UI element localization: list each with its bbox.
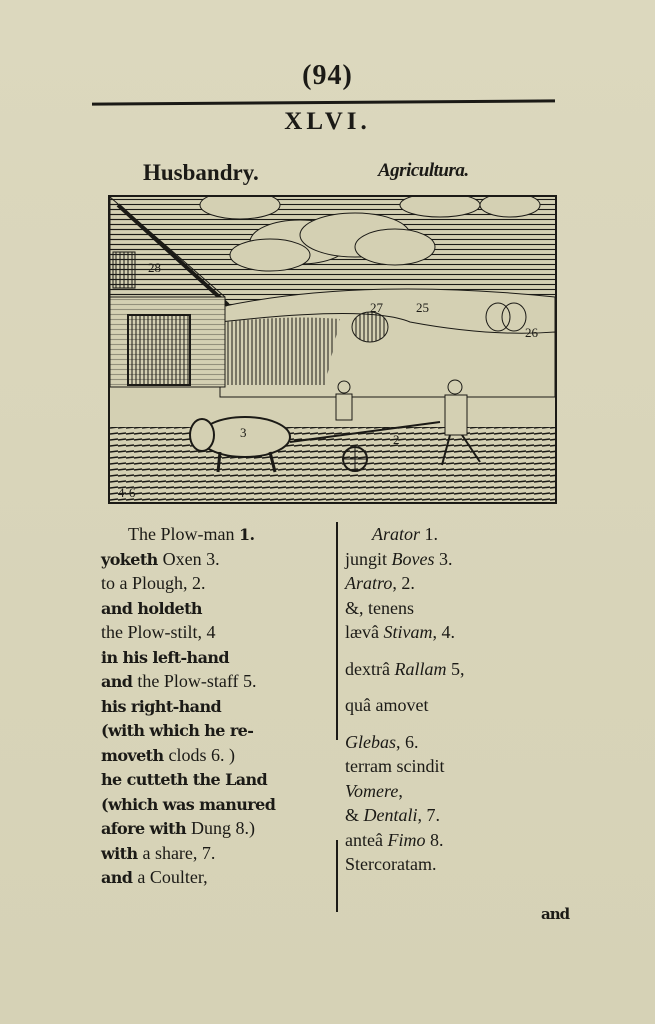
line-text: a share, 7. [142, 843, 215, 863]
line-text: terram scindit [345, 756, 444, 776]
latin-line: Stercoratam. [345, 852, 565, 877]
spacer [345, 718, 565, 730]
blackletter-text: (which was manured [101, 795, 275, 814]
svg-text:4-6: 4-6 [118, 485, 136, 500]
latin-line: dextrâ Rallam 5, [345, 657, 565, 682]
blackletter-text: and holdeth [101, 599, 202, 618]
line-text: jungit [345, 549, 392, 569]
english-line: The Plow-man 1. [101, 522, 336, 547]
blackletter-text: with [101, 844, 142, 863]
line-text: The Plow-man [128, 524, 239, 544]
line-tail: , 4. [433, 622, 456, 642]
english-line: (with which he re- [101, 718, 336, 743]
latin-line: & Dentali, 7. [345, 803, 565, 828]
english-line: and a Coulter, [101, 865, 336, 890]
line-text: & [345, 805, 364, 825]
farm-scene-icon: 28 27 25 26 3 2 4-6 [110, 197, 555, 502]
svg-text:28: 28 [148, 260, 161, 275]
page-number: (94) [0, 60, 655, 92]
line-text: anteâ [345, 830, 387, 850]
latin-term: Glebas [345, 732, 396, 752]
line-text: quâ amovet [345, 695, 428, 715]
blackletter-text: he cutteth the Land [101, 770, 267, 789]
line-tail: 5, [446, 659, 464, 679]
latin-term: Fimo [387, 830, 425, 850]
latin-line: Vomere, [345, 779, 565, 804]
catchword: and [541, 905, 569, 923]
line-text: lævâ [345, 622, 384, 642]
english-line: yoketh Oxen 3. [101, 547, 336, 572]
book-page: (94) XLVI. Husbandry. Agricultura. [0, 0, 655, 1024]
svg-text:27: 27 [370, 300, 384, 315]
chapter-number: XLVI. [0, 108, 655, 136]
latin-term: Boves [392, 549, 435, 569]
latin-term: Aratro [345, 573, 392, 593]
latin-line: lævâ Stivam, 4. [345, 620, 565, 645]
column-divider-bottom [336, 840, 338, 912]
blackletter-text: in his left-hand [101, 648, 229, 667]
line-tail: , [398, 781, 403, 801]
line-text: clods 6. ) [168, 745, 235, 765]
spacer [345, 645, 565, 657]
blackletter-text: (with which he re- [101, 721, 253, 740]
latin-column: Arator 1. jungit Boves 3. Aratro, 2. &, … [345, 522, 565, 877]
column-divider-top [336, 522, 338, 740]
latin-term: Rallam [394, 659, 446, 679]
latin-term: Dentali [364, 805, 418, 825]
line-text: Stercoratam. [345, 854, 436, 874]
english-line: (which was manured [101, 792, 336, 817]
latin-term: Arator [372, 524, 420, 544]
line-text: a Coulter, [137, 867, 207, 887]
latin-line: Aratro, 2. [345, 571, 565, 596]
woodcut-illustration: 28 27 25 26 3 2 4-6 [108, 195, 557, 504]
line-text: to a Plough, 2. [101, 573, 206, 593]
latin-line: jungit Boves 3. [345, 547, 565, 572]
line-tail: 3. [435, 549, 453, 569]
latin-term: Vomere [345, 781, 398, 801]
line-tail: , 6. [396, 732, 419, 752]
line-text: the Plow-stilt, 4 [101, 622, 216, 642]
latin-line: quâ amovet [345, 693, 565, 718]
blackletter-text: and [101, 868, 137, 887]
english-line: and holdeth [101, 596, 336, 621]
blackletter-text: moveth [101, 746, 168, 765]
line-text: dextrâ [345, 659, 394, 679]
english-column: The Plow-man 1. yoketh Oxen 3. to a Plou… [101, 522, 336, 890]
latin-line: terram scindit [345, 754, 565, 779]
line-text: 1. [420, 524, 438, 544]
english-line: his right-hand [101, 694, 336, 719]
spacer [345, 681, 565, 693]
latin-term: Stivam [384, 622, 433, 642]
title-english: Husbandry. [143, 160, 259, 186]
reference-number: 1. [239, 525, 255, 544]
line-text: &, tenens [345, 598, 414, 618]
line-tail: , 2. [392, 573, 415, 593]
blackletter-text: and [101, 672, 137, 691]
svg-text:3: 3 [240, 425, 247, 440]
english-line: with a share, 7. [101, 841, 336, 866]
english-line: the Plow-stilt, 4 [101, 620, 336, 645]
svg-text:25: 25 [416, 300, 429, 315]
line-text: Dung 8.) [191, 818, 255, 838]
line-text: the Plow-staff 5. [137, 671, 256, 691]
latin-line: anteâ Fimo 8. [345, 828, 565, 853]
line-tail: 8. [425, 830, 443, 850]
blackletter-text: yoketh [101, 550, 163, 569]
line-text: Oxen 3. [163, 549, 220, 569]
latin-line: Glebas, 6. [345, 730, 565, 755]
line-tail: , 7. [418, 805, 441, 825]
svg-text:26: 26 [525, 325, 539, 340]
blackletter-text: his right-hand [101, 697, 221, 716]
header-rule [92, 99, 555, 105]
english-line: afore with Dung 8.) [101, 816, 336, 841]
english-line: moveth clods 6. ) [101, 743, 336, 768]
english-line: in his left-hand [101, 645, 336, 670]
latin-line: &, tenens [345, 596, 565, 621]
title-latin: Agricultura. [378, 160, 469, 182]
english-line: he cutteth the Land [101, 767, 336, 792]
english-line: and the Plow-staff 5. [101, 669, 336, 694]
latin-line: Arator 1. [345, 522, 565, 547]
svg-text:2: 2 [393, 432, 400, 447]
english-line: to a Plough, 2. [101, 571, 336, 596]
blackletter-text: afore with [101, 819, 191, 838]
